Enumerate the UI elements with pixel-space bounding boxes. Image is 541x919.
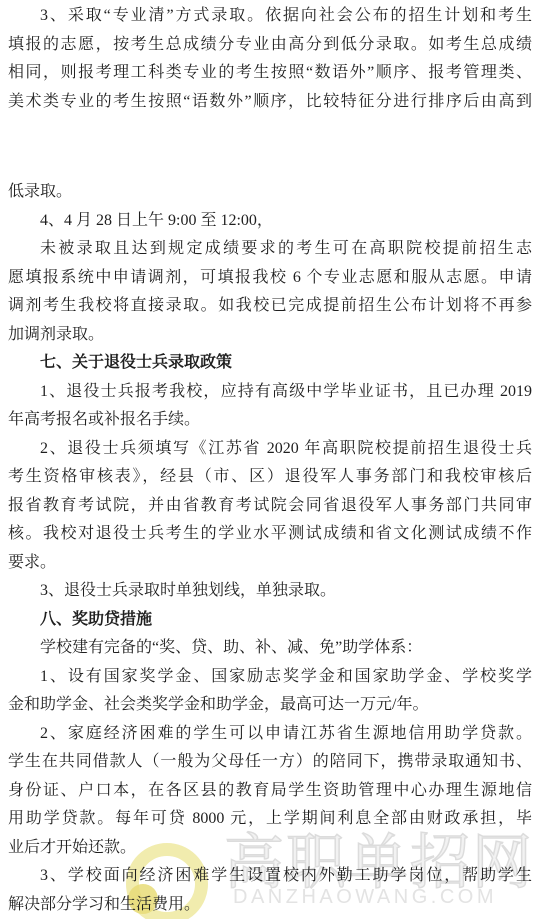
text-line: 加调剂录取。 bbox=[8, 321, 532, 350]
text-line: 业后才开始还款。 bbox=[8, 834, 532, 863]
text-line: 2、退役士兵须填写《江苏省 2020 年高职院校提前招生退役士兵 bbox=[8, 435, 532, 464]
text-line: 填报的志愿，按考生总成绩分专业由高分到低分录取。如考生总成绩 bbox=[8, 31, 532, 60]
text-line: 用助学贷款。每年可贷 8000 元，上学期间利息全部由财政承担，毕 bbox=[8, 805, 532, 834]
text-line: 美术类专业的考生按照“语数外”顺序，比较特征分进行排序后由高到 bbox=[8, 88, 532, 117]
text-line: 1、设有国家奖学金、国家励志奖学金和国家助学金、学校奖学 bbox=[8, 663, 532, 692]
section-heading: 八、奖助贷措施 bbox=[8, 606, 532, 635]
text-line: 未被录取且达到规定成绩要求的考生可在高职院校提前招生志 bbox=[8, 235, 532, 264]
text-line: 1、退役士兵报考我校，应持有高级中学毕业证书，且已办理 2019 bbox=[8, 378, 532, 407]
text-line: 金和助学金、社会类奖学金和助学金，最高可达一万元/年。 bbox=[8, 691, 532, 720]
text-line: 3、采取“专业清”方式录取。依据向社会公布的招生计划和考生 bbox=[8, 2, 532, 31]
text-line: 学生在共同借款人（一般为父母任一方）的陪同下，携带录取通知书、 bbox=[8, 748, 532, 777]
text-line: 身份证、户口本，在各区县的教育局学生资助管理中心办理生源地信 bbox=[8, 777, 532, 806]
text-line: 调剂考生我校将直接录取。如我校已完成提前招生公布计划将不再参 bbox=[8, 292, 532, 321]
text-line: 相同，则报考理工科类专业的考生按照“数语外”顺序、报考管理类、 bbox=[8, 59, 532, 88]
text-line: 解决部分学习和生活费用。 bbox=[8, 891, 532, 919]
text-line: 考生资格审核表》，经县（市、区）退役军人事务部门和我校审核后 bbox=[8, 463, 532, 492]
text-line: 3、学校面向经济困难学生设置校内外勤工助学岗位，帮助学生 bbox=[8, 862, 532, 891]
section-heading: 七、关于退役士兵录取政策 bbox=[8, 349, 532, 378]
text-line: 3、退役士兵录取时单独划线，单独录取。 bbox=[8, 577, 532, 606]
text-line: 核。我校对退役士兵考生的学业水平测试成绩和省文化测试成绩不作 bbox=[8, 520, 532, 549]
text-line: 要求。 bbox=[8, 549, 532, 578]
text-line: 低录取。 bbox=[8, 178, 532, 207]
paragraph-gap bbox=[8, 116, 532, 178]
document-body: 3、采取“专业清”方式录取。依据向社会公布的招生计划和考生填报的志愿，按考生总成… bbox=[0, 0, 541, 919]
text-line: 愿填报系统中申请调剂，可填报我校 6 个专业志愿和服从志愿。申请 bbox=[8, 264, 532, 293]
text-line: 学校建有完备的“奖、贷、助、补、减、免”助学体系： bbox=[8, 634, 532, 663]
text-line: 4、4 月 28 日上午 9:00 至 12:00， bbox=[8, 207, 532, 236]
text-line: 报省教育考试院，并由省教育考试院会同省退役军人事务部门共同审 bbox=[8, 492, 532, 521]
document-page: 高职单招网 DANZHAOWANG.COM 3、采取“专业清”方式录取。依据向社… bbox=[0, 0, 541, 919]
text-line: 2、家庭经济困难的学生可以申请江苏省生源地信用助学贷款。 bbox=[8, 720, 532, 749]
text-line: 年高考报名或补报名手续。 bbox=[8, 406, 532, 435]
